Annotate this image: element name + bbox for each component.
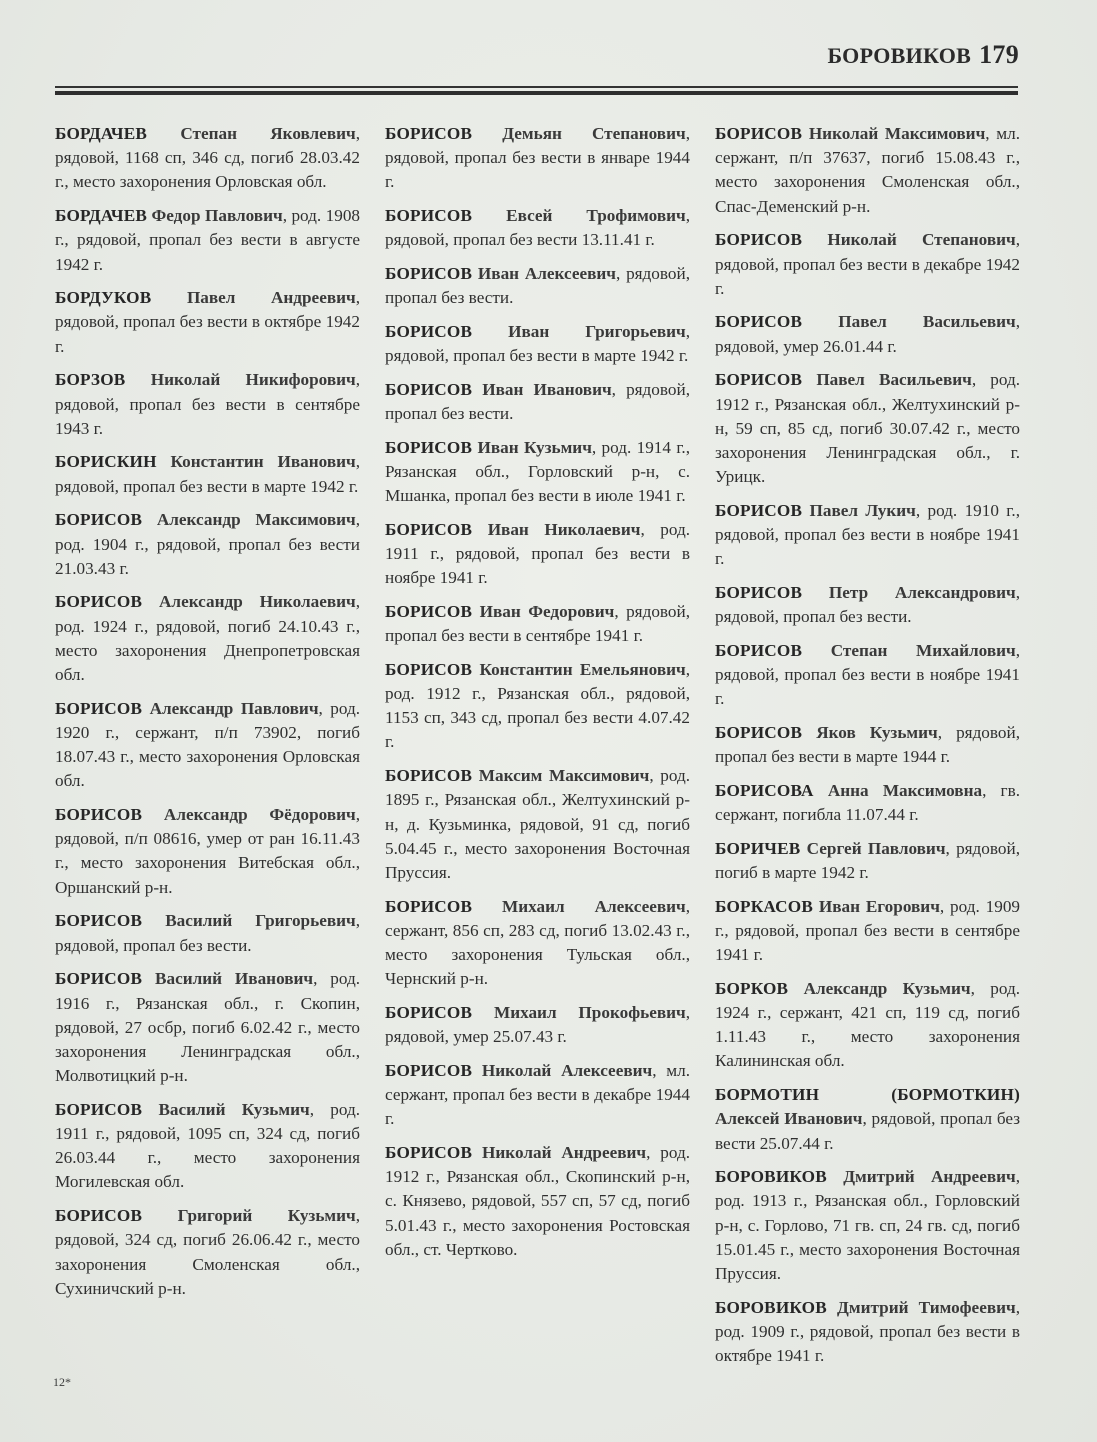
register-entry: БОРИСКИН Константин Иванович, рядовой, п… xyxy=(55,450,360,498)
running-head-surname: БОРОВИКОВ xyxy=(827,43,971,69)
entry-given-name: Александр Николаевич xyxy=(159,592,356,611)
register-entry: БОРИСОВ Иван Алексеевич, рядовой, пропал… xyxy=(385,262,690,310)
entry-surname: БОРИСОВ xyxy=(385,660,472,679)
entry-surname: БОРМОТИН (БОРМОТКИН) xyxy=(715,1085,1020,1104)
register-entry: БОРИСОВ Николай Алексеевич, мл. сержант,… xyxy=(385,1059,690,1132)
register-entry: БОРОВИКОВ Дмитрий Тимофеевич, род. 1909 … xyxy=(715,1296,1020,1369)
entry-given-name: Михаил Прокофьевич xyxy=(494,1003,686,1022)
page-number: 179 xyxy=(979,40,1019,70)
entry-surname: БОРИСОВ xyxy=(55,969,142,988)
entry-surname: БОРИСОВА xyxy=(715,781,814,800)
entry-surname: БОРЗОВ xyxy=(55,370,125,389)
entry-surname: БОРКОВ xyxy=(715,979,788,998)
entry-surname: БОРИСОВ xyxy=(55,911,142,930)
register-entry: БОРИСОВ Павел Васильевич, род. 1912 г., … xyxy=(715,368,1020,489)
entry-given-name: Петр Александрович xyxy=(829,583,1016,602)
entry-surname: БОРИСОВ xyxy=(715,641,802,660)
entry-given-name: Федор Павлович xyxy=(152,206,283,225)
entry-given-name: Николай Максимович xyxy=(809,124,985,143)
entry-surname: БОРИСОВ xyxy=(55,1100,142,1119)
column-2: БОРИСОВ Демьян Степанович, рядовой, проп… xyxy=(385,122,690,1378)
entry-given-name: Максим Максимович xyxy=(479,766,650,785)
register-entry: БОРИЧЕВ Сергей Павлович, рядовой, погиб … xyxy=(715,837,1020,885)
entry-given-name: Алексей Иванович xyxy=(715,1109,862,1128)
register-entry: БОРДУКОВ Павел Андреевич, рядовой, пропа… xyxy=(55,286,360,359)
header-rule-thick xyxy=(55,91,1018,95)
register-entry: БОРИСОВ Иван Федорович, рядовой, пропал … xyxy=(385,600,690,648)
register-entry: БОРИСОВ Иван Иванович, рядовой, пропал б… xyxy=(385,378,690,426)
register-entry: БОРДАЧЕВ Степан Яковлевич, рядовой, 1168… xyxy=(55,122,360,195)
entry-surname: БОРИСОВ xyxy=(385,1143,472,1162)
entry-given-name: Иван Григорьевич xyxy=(508,322,686,341)
entry-given-name: Николай Степанович xyxy=(827,230,1015,249)
register-entry: БОРДАЧЕВ Федор Павлович, род. 1908 г., р… xyxy=(55,204,360,277)
entry-surname: БОРИСОВ xyxy=(715,501,802,520)
entry-surname: БОРИСОВ xyxy=(55,1206,142,1225)
entry-surname: БОРИСОВ xyxy=(385,264,472,283)
entry-surname: БОРИСОВ xyxy=(385,766,472,785)
entry-surname: БОРИСОВ xyxy=(385,380,472,399)
register-entry: БОРКОВ Александр Кузьмич, род. 1924 г., … xyxy=(715,977,1020,1074)
register-entry: БОРИСОВ Александр Николаевич, род. 1924 … xyxy=(55,590,360,687)
entry-surname: БОРИЧЕВ xyxy=(715,839,800,858)
register-entry: БОРИСОВА Анна Максимовна, гв. сержант, п… xyxy=(715,779,1020,827)
entry-given-name: Александр Максимович xyxy=(157,510,356,529)
entry-given-name: Александр Павлович xyxy=(150,699,319,718)
entry-given-name: Николай Андреевич xyxy=(482,1143,646,1162)
entry-surname: БОРИСОВ xyxy=(55,592,142,611)
column-1: БОРДАЧЕВ Степан Яковлевич, рядовой, 1168… xyxy=(55,122,360,1378)
register-entry: БОРИСОВ Константин Емельянович, род. 191… xyxy=(385,658,690,755)
entry-surname: БОРДАЧЕВ xyxy=(55,206,147,225)
register-entry: БОРИСОВ Николай Степанович, рядовой, про… xyxy=(715,228,1020,301)
entry-surname: БОРИСОВ xyxy=(715,124,802,143)
entry-given-name: Иван Николаевич xyxy=(488,520,641,539)
entry-given-name: Михаил Алексеевич xyxy=(502,897,686,916)
entry-surname: БОРИСОВ xyxy=(715,723,802,742)
entry-given-name: Николай Алексеевич xyxy=(482,1061,652,1080)
register-entry: БОРИСОВ Александр Максимович, род. 1904 … xyxy=(55,508,360,581)
entry-given-name: Павел Андреевич xyxy=(187,288,356,307)
entry-surname: БОРИСОВ xyxy=(385,206,472,225)
entry-surname: БОРКАСОВ xyxy=(715,897,813,916)
entry-surname: БОРИСОВ xyxy=(385,602,472,621)
entry-surname: БОРДУКОВ xyxy=(55,288,151,307)
entry-given-name: Василий Кузьмич xyxy=(158,1100,309,1119)
register-entry: БОРКАСОВ Иван Егорович, род. 1909 г., ря… xyxy=(715,895,1020,968)
entry-surname: БОРИСОВ xyxy=(715,230,802,249)
entry-surname: БОРИСОВ xyxy=(385,124,472,143)
entry-given-name: Дмитрий Тимофеевич xyxy=(837,1298,1016,1317)
text-columns: БОРДАЧЕВ Степан Яковлевич, рядовой, 1168… xyxy=(55,122,1020,1378)
entry-given-name: Александр Фёдорович xyxy=(164,805,356,824)
register-entry: БОРИСОВ Яков Кузьмич, рядовой, пропал бе… xyxy=(715,721,1020,769)
entry-surname: БОРИСОВ xyxy=(715,370,802,389)
register-entry: БОРЗОВ Николай Никифорович, рядовой, про… xyxy=(55,368,360,441)
register-entry: БОРИСОВ Максим Максимович, род. 1895 г.,… xyxy=(385,764,690,885)
register-entry: БОРИСОВ Петр Александрович, рядовой, про… xyxy=(715,581,1020,629)
header-rule-thin xyxy=(55,86,1018,88)
entry-surname: БОРДАЧЕВ xyxy=(55,124,147,143)
entry-surname: БОРИСОВ xyxy=(715,312,802,331)
signature-mark: 12* xyxy=(53,1375,71,1390)
column-3: БОРИСОВ Николай Максимович, мл. сержант,… xyxy=(715,122,1020,1378)
entry-given-name: Иван Егорович xyxy=(819,897,940,916)
entry-given-name: Сергей Павлович xyxy=(807,839,946,858)
register-entry: БОРИСОВ Павел Васильевич, рядовой, умер … xyxy=(715,310,1020,358)
entry-given-name: Константин Емельянович xyxy=(479,660,685,679)
book-page: БОРОВИКОВ 179 БОРДАЧЕВ Степан Яковлевич,… xyxy=(0,0,1097,1442)
entry-given-name: Василий Иванович xyxy=(155,969,313,988)
entry-given-name: Григорий Кузьмич xyxy=(178,1206,356,1225)
register-entry: БОРИСОВ Василий Григорьевич, рядовой, пр… xyxy=(55,909,360,957)
entry-surname: БОРИСОВ xyxy=(385,438,472,457)
entry-surname: БОРИСОВ xyxy=(55,805,142,824)
entry-given-name: Иван Федорович xyxy=(480,602,615,621)
register-entry: БОРИСОВ Николай Максимович, мл. сержант,… xyxy=(715,122,1020,219)
entry-given-name: Степан Яковлевич xyxy=(180,124,355,143)
entry-given-name: Степан Михайлович xyxy=(831,641,1016,660)
entry-surname: БОРИСОВ xyxy=(385,897,472,916)
register-entry: БОРМОТИН (БОРМОТКИН) Алексей Иванович, р… xyxy=(715,1083,1020,1156)
register-entry: БОРИСОВ Степан Михайлович, рядовой, проп… xyxy=(715,639,1020,712)
entry-surname: БОРИСОВ xyxy=(385,322,472,341)
register-entry: БОРИСОВ Демьян Степанович, рядовой, проп… xyxy=(385,122,690,195)
register-entry: БОРИСОВ Евсей Трофимович, рядовой, пропа… xyxy=(385,204,690,252)
entry-surname: БОРИСОВ xyxy=(385,520,472,539)
entry-given-name: Константин Иванович xyxy=(171,452,356,471)
register-entry: БОРИСОВ Василий Иванович, род. 1916 г., … xyxy=(55,967,360,1088)
entry-given-name: Иван Алексеевич xyxy=(478,264,616,283)
register-entry: БОРИСОВ Григорий Кузьмич, рядовой, 324 с… xyxy=(55,1204,360,1301)
entry-given-name: Яков Кузьмич xyxy=(816,723,938,742)
running-head: БОРОВИКОВ 179 xyxy=(827,40,1019,70)
entry-given-name: Дмитрий Андреевич xyxy=(843,1167,1015,1186)
register-entry: БОРИСОВ Михаил Прокофьевич, рядовой, уме… xyxy=(385,1001,690,1049)
entry-surname: БОРИСОВ xyxy=(55,699,142,718)
entry-given-name: Евсей Трофимович xyxy=(506,206,686,225)
entry-given-name: Павел Васильевич xyxy=(838,312,1015,331)
register-entry: БОРИСОВ Василий Кузьмич, род. 1911 г., р… xyxy=(55,1098,360,1195)
entry-surname: БОРИСОВ xyxy=(385,1003,472,1022)
register-entry: БОРИСОВ Николай Андреевич, род. 1912 г.,… xyxy=(385,1141,690,1262)
register-entry: БОРИСОВ Александр Фёдорович, рядовой, п/… xyxy=(55,803,360,900)
entry-surname: БОРИСКИН xyxy=(55,452,157,471)
register-entry: БОРОВИКОВ Дмитрий Андреевич, род. 1913 г… xyxy=(715,1165,1020,1286)
entry-given-name: Павел Лукич xyxy=(810,501,916,520)
register-entry: БОРИСОВ Михаил Алексеевич, сержант, 856 … xyxy=(385,895,690,992)
register-entry: БОРИСОВ Иван Григорьевич, рядовой, пропа… xyxy=(385,320,690,368)
entry-given-name: Иван Иванович xyxy=(482,380,611,399)
entry-given-name: Павел Васильевич xyxy=(816,370,972,389)
entry-given-name: Александр Кузьмич xyxy=(804,979,971,998)
register-entry: БОРИСОВ Иван Кузьмич, род. 1914 г., Ряза… xyxy=(385,436,690,509)
entry-surname: БОРИСОВ xyxy=(55,510,142,529)
entry-given-name: Василий Григорьевич xyxy=(165,911,356,930)
entry-given-name: Анна Максимовна xyxy=(828,781,982,800)
entry-surname: БОРИСОВ xyxy=(385,1061,472,1080)
entry-surname: БОРИСОВ xyxy=(715,583,802,602)
entry-given-name: Николай Никифорович xyxy=(151,370,356,389)
register-entry: БОРИСОВ Александр Павлович, род. 1920 г.… xyxy=(55,697,360,794)
entry-given-name: Демьян Степанович xyxy=(502,124,685,143)
register-entry: БОРИСОВ Павел Лукич, род. 1910 г., рядов… xyxy=(715,499,1020,572)
entry-surname: БОРОВИКОВ xyxy=(715,1167,827,1186)
register-entry: БОРИСОВ Иван Николаевич, род. 1911 г., р… xyxy=(385,518,690,591)
entry-given-name: Иван Кузьмич xyxy=(477,438,591,457)
entry-surname: БОРОВИКОВ xyxy=(715,1298,827,1317)
